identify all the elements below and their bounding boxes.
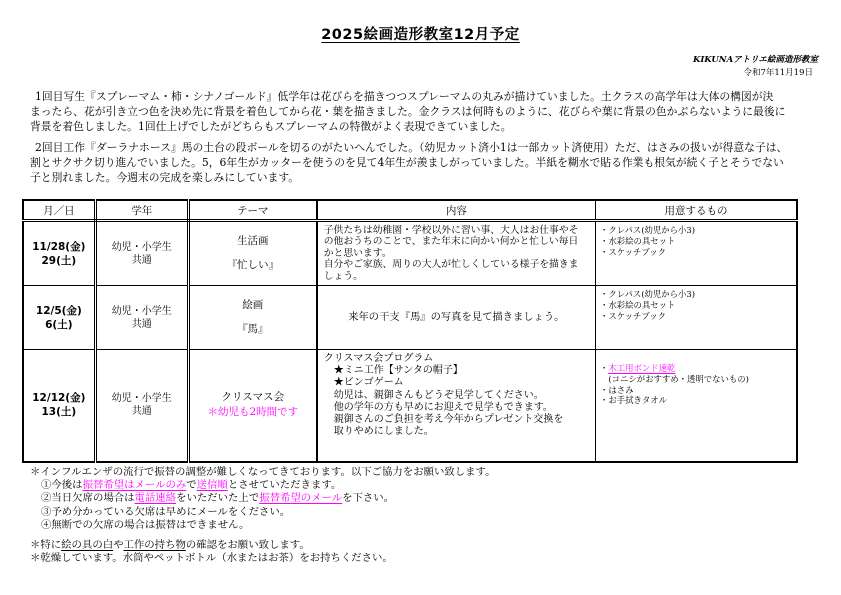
materials-highlight: 木工用ボンド速乾 [608, 363, 675, 373]
note-item-1: ①今後は振替希望はメールのみで送信順とさせていただきます。 [41, 479, 820, 492]
theme-highlight-note: ＊幼児も2時間です [191, 406, 315, 419]
table-header-row: 月／日 学年 テーマ 内容 用意するもの [23, 200, 797, 221]
note-supplies-text-a: ＊特に [30, 539, 61, 551]
report-paragraph-2: 2回目工作『ダーラナホース』馬の土台の段ボールを切るのがたいへんでした。（幼児カ… [30, 140, 818, 186]
organization-name: KIKUNAアトリエ絵画造形教室 [693, 53, 818, 65]
col-header-grade: 学年 [95, 200, 188, 221]
note-item-1-text-c: とさせていただきます。 [228, 479, 341, 491]
cell-theme: クリスマス会 ＊幼児も2時間です [188, 350, 316, 462]
note-supplies-check: ＊特に絵の具の白や工作の持ち物の確認をお願い致します。 [30, 539, 820, 552]
cell-content: 子供たちは幼稚園・学校以外に習い事、大人はお仕事やそ の他おうちのことで、また年… [317, 221, 596, 286]
schedule-table: 月／日 学年 テーマ 内容 用意するもの 11/28(金) 29(土) 幼児・小… [22, 199, 798, 463]
note-transfer-intro: ＊インフルエンザの流行で振替の調整が難しくなってきております。以下ご協力をお願い… [30, 466, 820, 479]
cell-materials: ・クレパス(幼児から小3) ・水彩絵の具セット ・スケッチブック [595, 286, 797, 350]
col-header-materials: 用意するもの [595, 200, 797, 221]
note-item-2-text-b: をいただいた上で [176, 492, 259, 504]
cell-grade: 幼児・小学生 共通 [95, 286, 188, 350]
note-drink: ＊乾燥しています。水筒やペットボトル（水またはお茶）をお持ちください。 [30, 552, 820, 565]
cell-grade: 幼児・小学生 共通 [95, 221, 188, 286]
cell-date: 11/28(金) 29(土) [23, 221, 95, 286]
note-supplies-text-c: の確認をお願い致します。 [186, 539, 310, 551]
cell-materials: ・木工用ボンド速乾 (コニシがおすすめ・透明でないもの) ・はさみ ・お手拭きタ… [595, 350, 797, 462]
cell-date: 12/12(金) 13(土) [23, 350, 95, 462]
note-supplies-underline-2: 工作の持ち物 [124, 539, 186, 551]
table-row-dec5: 12/5(金) 6(土) 幼児・小学生 共通 絵画 『馬』 来年の干支『馬』の写… [23, 286, 797, 350]
cell-date: 12/5(金) 6(土) [23, 286, 95, 350]
note-item-1-text-b: で [186, 479, 196, 491]
cell-theme: 絵画 『馬』 [188, 286, 316, 350]
table-row-dec12: 12/12(金) 13(土) 幼児・小学生 共通 クリスマス会 ＊幼児も2時間で… [23, 350, 797, 462]
page-title: 2025絵画造形教室12月予定 [0, 23, 841, 44]
theme-title: 『忙しい』 [191, 259, 315, 272]
table-row-nov28: 11/28(金) 29(土) 幼児・小学生 共通 生活画 『忙しい』 子供たちは… [23, 221, 797, 286]
document-page: 2025絵画造形教室12月予定 KIKUNAアトリエ絵画造形教室 令和7年11月… [0, 0, 841, 595]
note-item-1-highlight-2: 送信順 [197, 479, 228, 491]
materials-rest: (コニシがおすすめ・透明でないもの) ・はさみ ・お手拭きタオル [600, 374, 792, 406]
note-item-2-text-a: ②当日欠席の場合は [41, 492, 135, 504]
theme-type: 生活画 [191, 235, 315, 248]
note-item-2: ②当日欠席の場合は電話連絡をいただいた上で振替希望のメールを下さい。 [41, 492, 820, 505]
cell-content: 来年の干支『馬』の写真を見て描きましょう。 [317, 286, 596, 350]
cell-grade: 幼児・小学生 共通 [95, 350, 188, 462]
note-item-1-text-a: ①今後は [41, 479, 83, 491]
note-item-2-highlight-2: 振替希望のメール [259, 492, 342, 504]
col-header-theme: テーマ [188, 200, 316, 221]
materials-highlight-line: ・木工用ボンド速乾 [600, 363, 792, 374]
cell-content: クリスマス会プログラム ★ミニ工作【サンタの帽子】 ★ビンゴゲーム 幼児は、親御… [317, 350, 596, 462]
document-date: 令和7年11月19日 [743, 66, 813, 78]
note-item-4: ④無断での欠席の場合は振替はできません。 [41, 519, 820, 532]
note-item-1-highlight-1: 振替希望はメールのみ [83, 479, 187, 491]
footer-notes: ＊インフルエンザの流行で振替の調整が難しくなってきております。以下ご協力をお願い… [30, 466, 820, 565]
theme-title: 『馬』 [191, 323, 315, 336]
note-item-2-highlight-1: 電話連絡 [135, 492, 177, 504]
theme-type: 絵画 [191, 299, 315, 312]
col-header-content: 内容 [317, 200, 596, 221]
note-supplies-text-b: や [113, 539, 123, 551]
note-item-2-text-c: を下さい。 [342, 492, 394, 504]
note-supplies-underline-1: 絵の具の白 [61, 539, 113, 551]
cell-materials: ・クレパス(幼児から小3) ・水彩絵の具セット ・スケッチブック [595, 221, 797, 286]
report-paragraph-1: 1回目写生『スプレーマム・柿・シナノゴールド』低学年は花びらを描きつつスプレーマ… [30, 89, 818, 135]
col-header-month-day: 月／日 [23, 200, 95, 221]
note-item-3: ③予め分かっている欠席は早めにメールをください。 [41, 506, 820, 519]
cell-theme: 生活画 『忙しい』 [188, 221, 316, 286]
theme-type: クリスマス会 [191, 391, 315, 404]
